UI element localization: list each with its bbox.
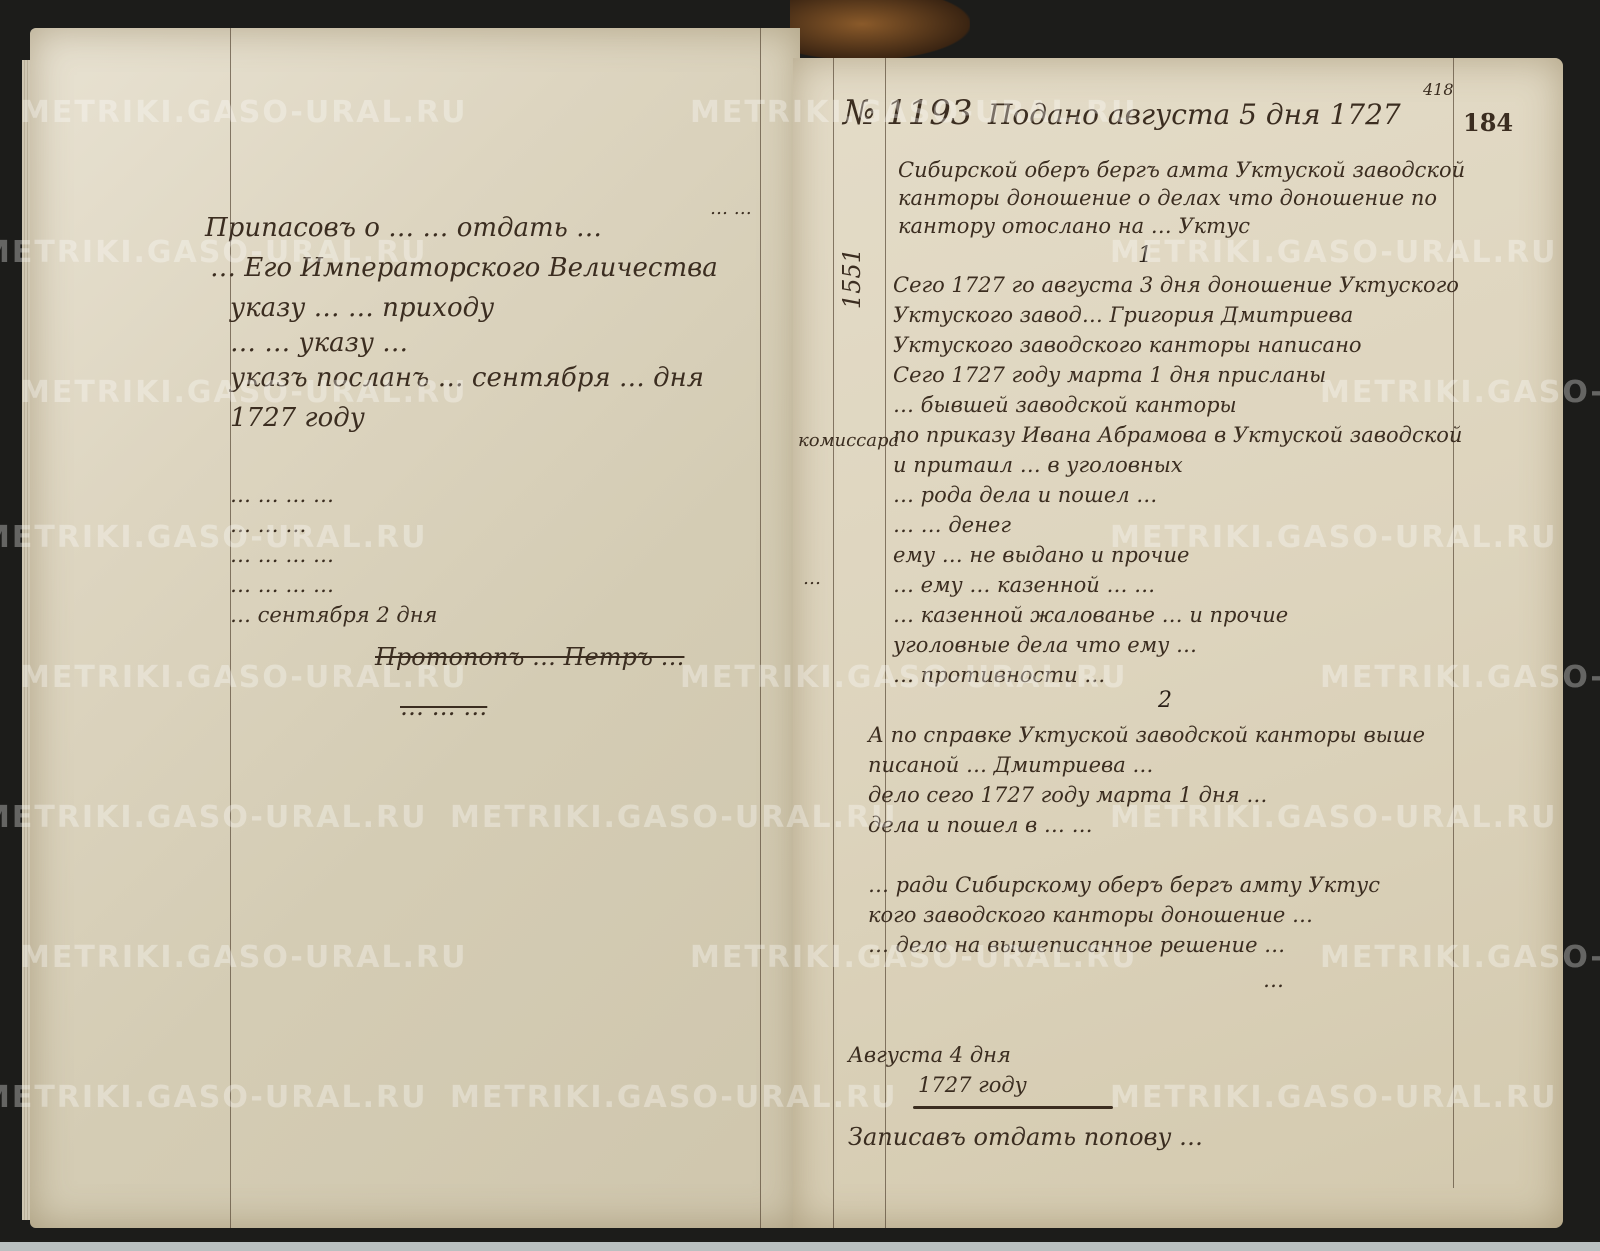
signature: … [1263, 968, 1284, 992]
watermark: METRIKI.GASO-URAL.RU [1110, 1080, 1558, 1115]
footer-line: Записавъ отдать попову … [848, 1123, 1203, 1151]
note-line: … … … … [230, 573, 334, 597]
watermark: METRIKI.GASO-URAL.RU [20, 660, 468, 695]
watermark: METRIKI.GASO-URAL.RU [1110, 800, 1558, 835]
margin-note: комиссара [798, 430, 899, 451]
book-spine-cover [790, 0, 970, 60]
left-page: … … Припасовъ о … … отдать … … Его Импер… [30, 28, 800, 1228]
margin-note: … [803, 568, 821, 589]
date-line: Августа 4 дня [848, 1043, 1011, 1067]
text-line: кого заводского канторы доношение … [868, 903, 1313, 927]
watermark: METRIKI.GASO-URAL.RU [1320, 940, 1600, 975]
watermark: METRIKI.GASO-URAL.RU [20, 375, 468, 410]
watermark: METRIKI.GASO-URAL.RU [0, 235, 428, 270]
text-line: Сего 1727 го августа 3 дня доношение Укт… [893, 273, 1459, 297]
watermark: METRIKI.GASO-URAL.RU [690, 95, 1138, 130]
text-line: писаной … Дмитриева … [868, 753, 1153, 777]
watermark: METRIKI.GASO-URAL.RU [0, 520, 428, 555]
intro-line: канторы доношение о делах что доношение … [898, 186, 1437, 210]
text-line: и притаил … в уголовных [893, 453, 1183, 477]
text-line: Уктуского заводского канторы написано [893, 333, 1362, 357]
text-line: А по справке Уктуской заводской канторы … [868, 723, 1425, 747]
text-line: Сего 1727 году марта 1 дня присланы [893, 363, 1326, 387]
margin-rule [1453, 58, 1454, 1188]
margin-rule [760, 28, 761, 1228]
margin-note: 1551 [838, 248, 866, 309]
folio-number: 184 [1463, 108, 1513, 137]
right-page: № 1193 Подано августа 5 дня 1727 418 184… [793, 58, 1563, 1228]
text-line: … рода дела и пошел … [893, 483, 1157, 507]
text-line: … казенной жалованье … и прочие [893, 603, 1288, 627]
text-line: … … указу … [230, 328, 408, 358]
margin-rule [230, 28, 231, 1228]
text-line: указу … … приходу [230, 293, 494, 323]
text-line: дела и пошел в … … [868, 813, 1093, 837]
text-line: … … денег [893, 513, 1011, 537]
text-line: уголовные дела что ему … [893, 633, 1197, 657]
text-line: Уктуского завод… Григория Дмитриева [893, 303, 1353, 327]
watermark: METRIKI.GASO-URAL.RU [0, 800, 428, 835]
note-line: … сентября 2 дня [230, 603, 437, 627]
watermark: METRIKI.GASO-URAL.RU [1110, 520, 1558, 555]
text-line: … бывшей заводской канторы [893, 393, 1237, 417]
watermark: METRIKI.GASO-URAL.RU [20, 940, 468, 975]
watermark: METRIKI.GASO-URAL.RU [20, 95, 468, 130]
watermark: METRIKI.GASO-URAL.RU [0, 1080, 428, 1115]
text-line: … ради Сибирскому оберъ бергъ амту Уктус [868, 873, 1380, 897]
watermark: METRIKI.GASO-URAL.RU [680, 660, 1128, 695]
watermark: METRIKI.GASO-URAL.RU [1320, 660, 1600, 695]
text-line: по приказу Ивана Абрамова в Уктуской зав… [893, 423, 1462, 447]
section-number: 2 [1158, 688, 1172, 713]
watermark: METRIKI.GASO-URAL.RU [1320, 375, 1600, 410]
intro-line: Сибирской оберъ бергъ амта Уктуской заво… [898, 158, 1465, 182]
folio-pencil: 418 [1423, 80, 1454, 99]
date-line: 1727 году [918, 1073, 1027, 1097]
scan-border [0, 1242, 1600, 1251]
underline-flourish [913, 1106, 1113, 1109]
text-line: … ему … казенной … … [893, 573, 1155, 597]
watermark: METRIKI.GASO-URAL.RU [450, 800, 898, 835]
watermark: METRIKI.GASO-URAL.RU [450, 1080, 898, 1115]
watermark: METRIKI.GASO-URAL.RU [690, 940, 1138, 975]
note-line: … … … … [230, 483, 334, 507]
signature: … … … [400, 693, 487, 721]
margin-rule [833, 58, 834, 1228]
corner-note: … … [710, 198, 752, 219]
watermark: METRIKI.GASO-URAL.RU [1110, 235, 1558, 270]
